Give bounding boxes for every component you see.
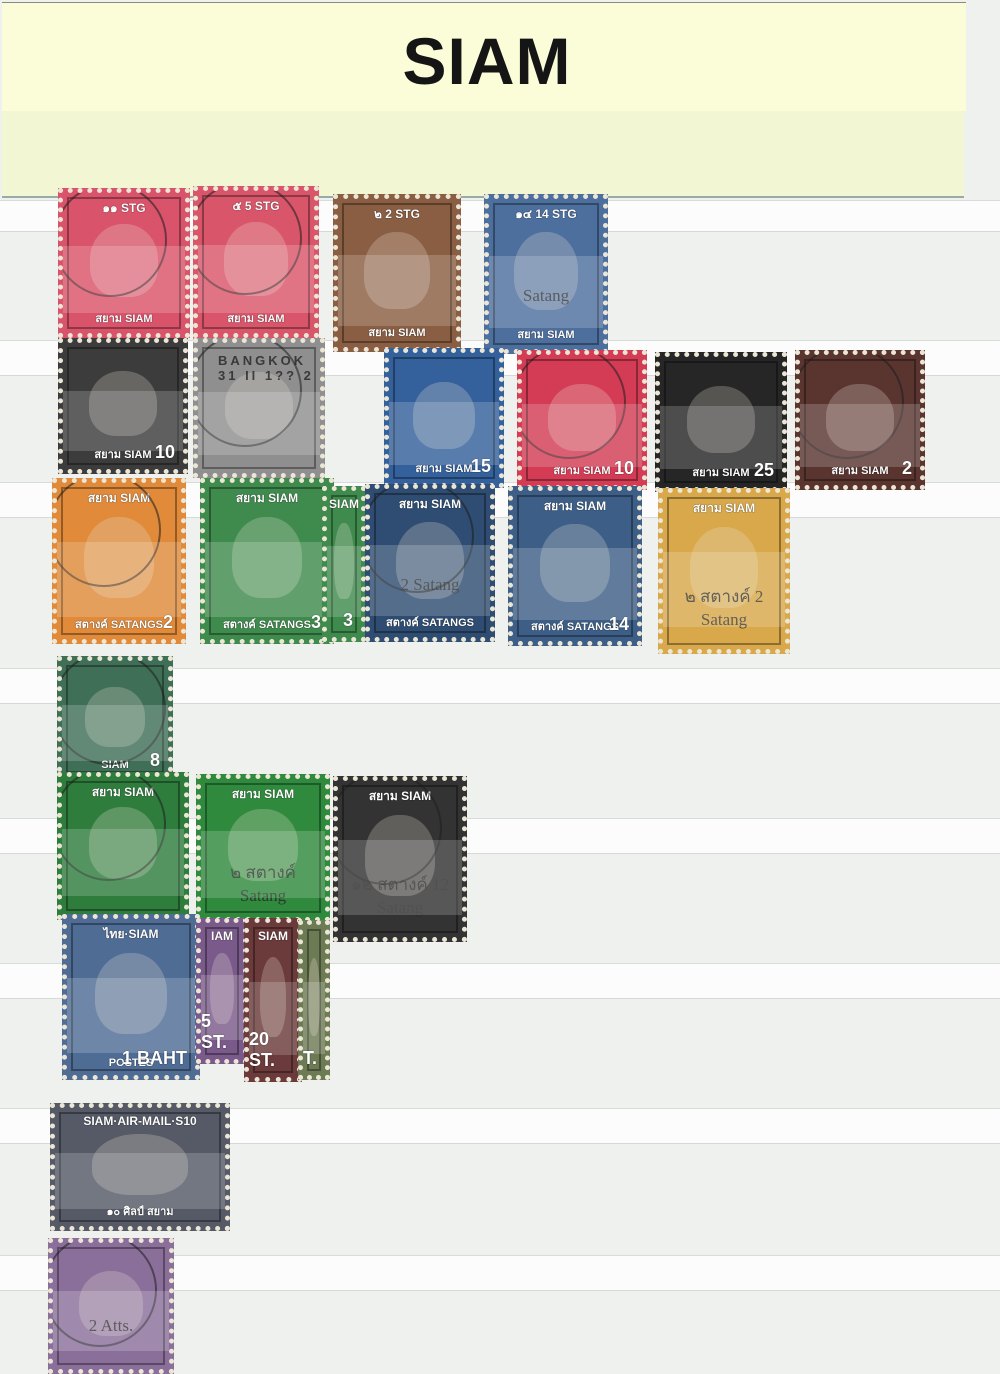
strip-glare [800,404,920,466]
album-page: SIAM ๑๑ STGสยาม SIAM๕ 5 STGสยาม SIAM๒ 2 … [0,0,1000,1374]
stamp: IAM5 ST. [196,918,248,1064]
strip-glare [663,552,785,627]
stamp: 2 Atts. [48,1238,174,1374]
strip-glare [522,404,642,466]
stamp: สยาม SIAM10 [517,350,647,490]
stamp: ไทย·SIAMPOSTES1 BAHT [62,914,200,1080]
strip-glare [63,246,185,313]
strip-glare [303,982,325,1054]
stamp-top-text: สยาม SIAM [205,489,329,508]
stamp: สยาม SIAM2 [795,350,925,490]
stamp: สยาม SIAMสตางค์ SATANGS2 Satang [365,484,495,642]
stamp: ๑๔ 14 STGสยาม SIAMSatang [484,194,608,354]
stamp: SIAM3 [322,486,366,642]
strip-glare [53,1291,169,1351]
stamp: สยาม SIAM25 [655,352,787,492]
strip-glare [198,392,320,454]
stamp: สยาม SIAM๒ สตางค์ Satang [196,774,330,922]
stamp-top-text: สยาม SIAM [201,785,325,804]
stamp-top-text: ๑๔ 14 STG [489,205,603,224]
header-card-lower [2,110,964,198]
stamp-top-text: สยาม SIAM [513,497,637,516]
strip-glare [489,256,603,328]
stamp: สยาม SIAM๒ สตางค์ 2 Satang [658,488,790,654]
strip-glare [63,391,183,451]
postmark-text: BANGKOK 31 II 1?? 2 [218,353,320,383]
stamp: BANGKOK 31 II 1?? 2 [193,338,325,478]
strip-glare [513,548,637,620]
strip-glare [205,542,329,617]
stamp: สยาม SIAMสตางค์ SATANGS14 [508,486,642,646]
strip-glare [57,542,181,617]
stamp-top-text: SIAM [249,929,297,943]
stamp: ๕ 5 STGสยาม SIAM [193,186,319,338]
stamp-top-text: ไทย·SIAM [67,925,195,944]
strip-glare [338,840,462,915]
stamp: สยาม SIAM15 [384,348,504,488]
stamp-top-text: สยาม SIAM [663,499,785,518]
stamp: SIAM20 ST. [244,918,302,1082]
stamp-top-text: SIAM [327,497,361,511]
stamp: ๑๑ STGสยาม SIAM [58,188,190,338]
strip-glare [389,402,499,464]
stamp-top-text: ๒ 2 STG [338,205,456,224]
header-card: SIAM [2,2,966,111]
strip-glare [370,545,490,616]
stamp: ๒ 2 STGสยาม SIAM [333,194,461,352]
strip-glare [55,1153,225,1210]
stamp: ST. [298,920,330,1080]
strip-glare [327,546,361,616]
stamp-top-text: SIAM·AIR-MAIL·S10 [55,1114,225,1128]
strip-glare [198,245,314,313]
strip-glare [201,831,325,897]
strip-glare [62,705,168,761]
strip-glare [201,975,243,1040]
stamp: SIAM8 [57,656,173,782]
stamp: สยาม SIAM [57,772,189,920]
strip-glare [62,829,184,895]
stamp-top-text: IAM [201,929,243,943]
strip-glare [660,406,782,468]
stamp: สยาม SIAMสตางค์ SATANGS2 [52,478,186,644]
stamp: สยาม SIAM10 [58,338,188,474]
strip-glare [249,982,297,1056]
stamp: SIAM·AIR-MAIL·S10๑๐ ศิลป์ สยาม [50,1103,230,1231]
strip-glare [67,978,195,1053]
stamp: สยาม SIAMสตางค์ SATANGS3 [200,478,334,644]
page-title: SIAM [2,23,972,99]
strip-glare [338,255,456,326]
stamp: สยาม SIAM๑๒ สตางค์ 12 Satang [333,776,467,942]
